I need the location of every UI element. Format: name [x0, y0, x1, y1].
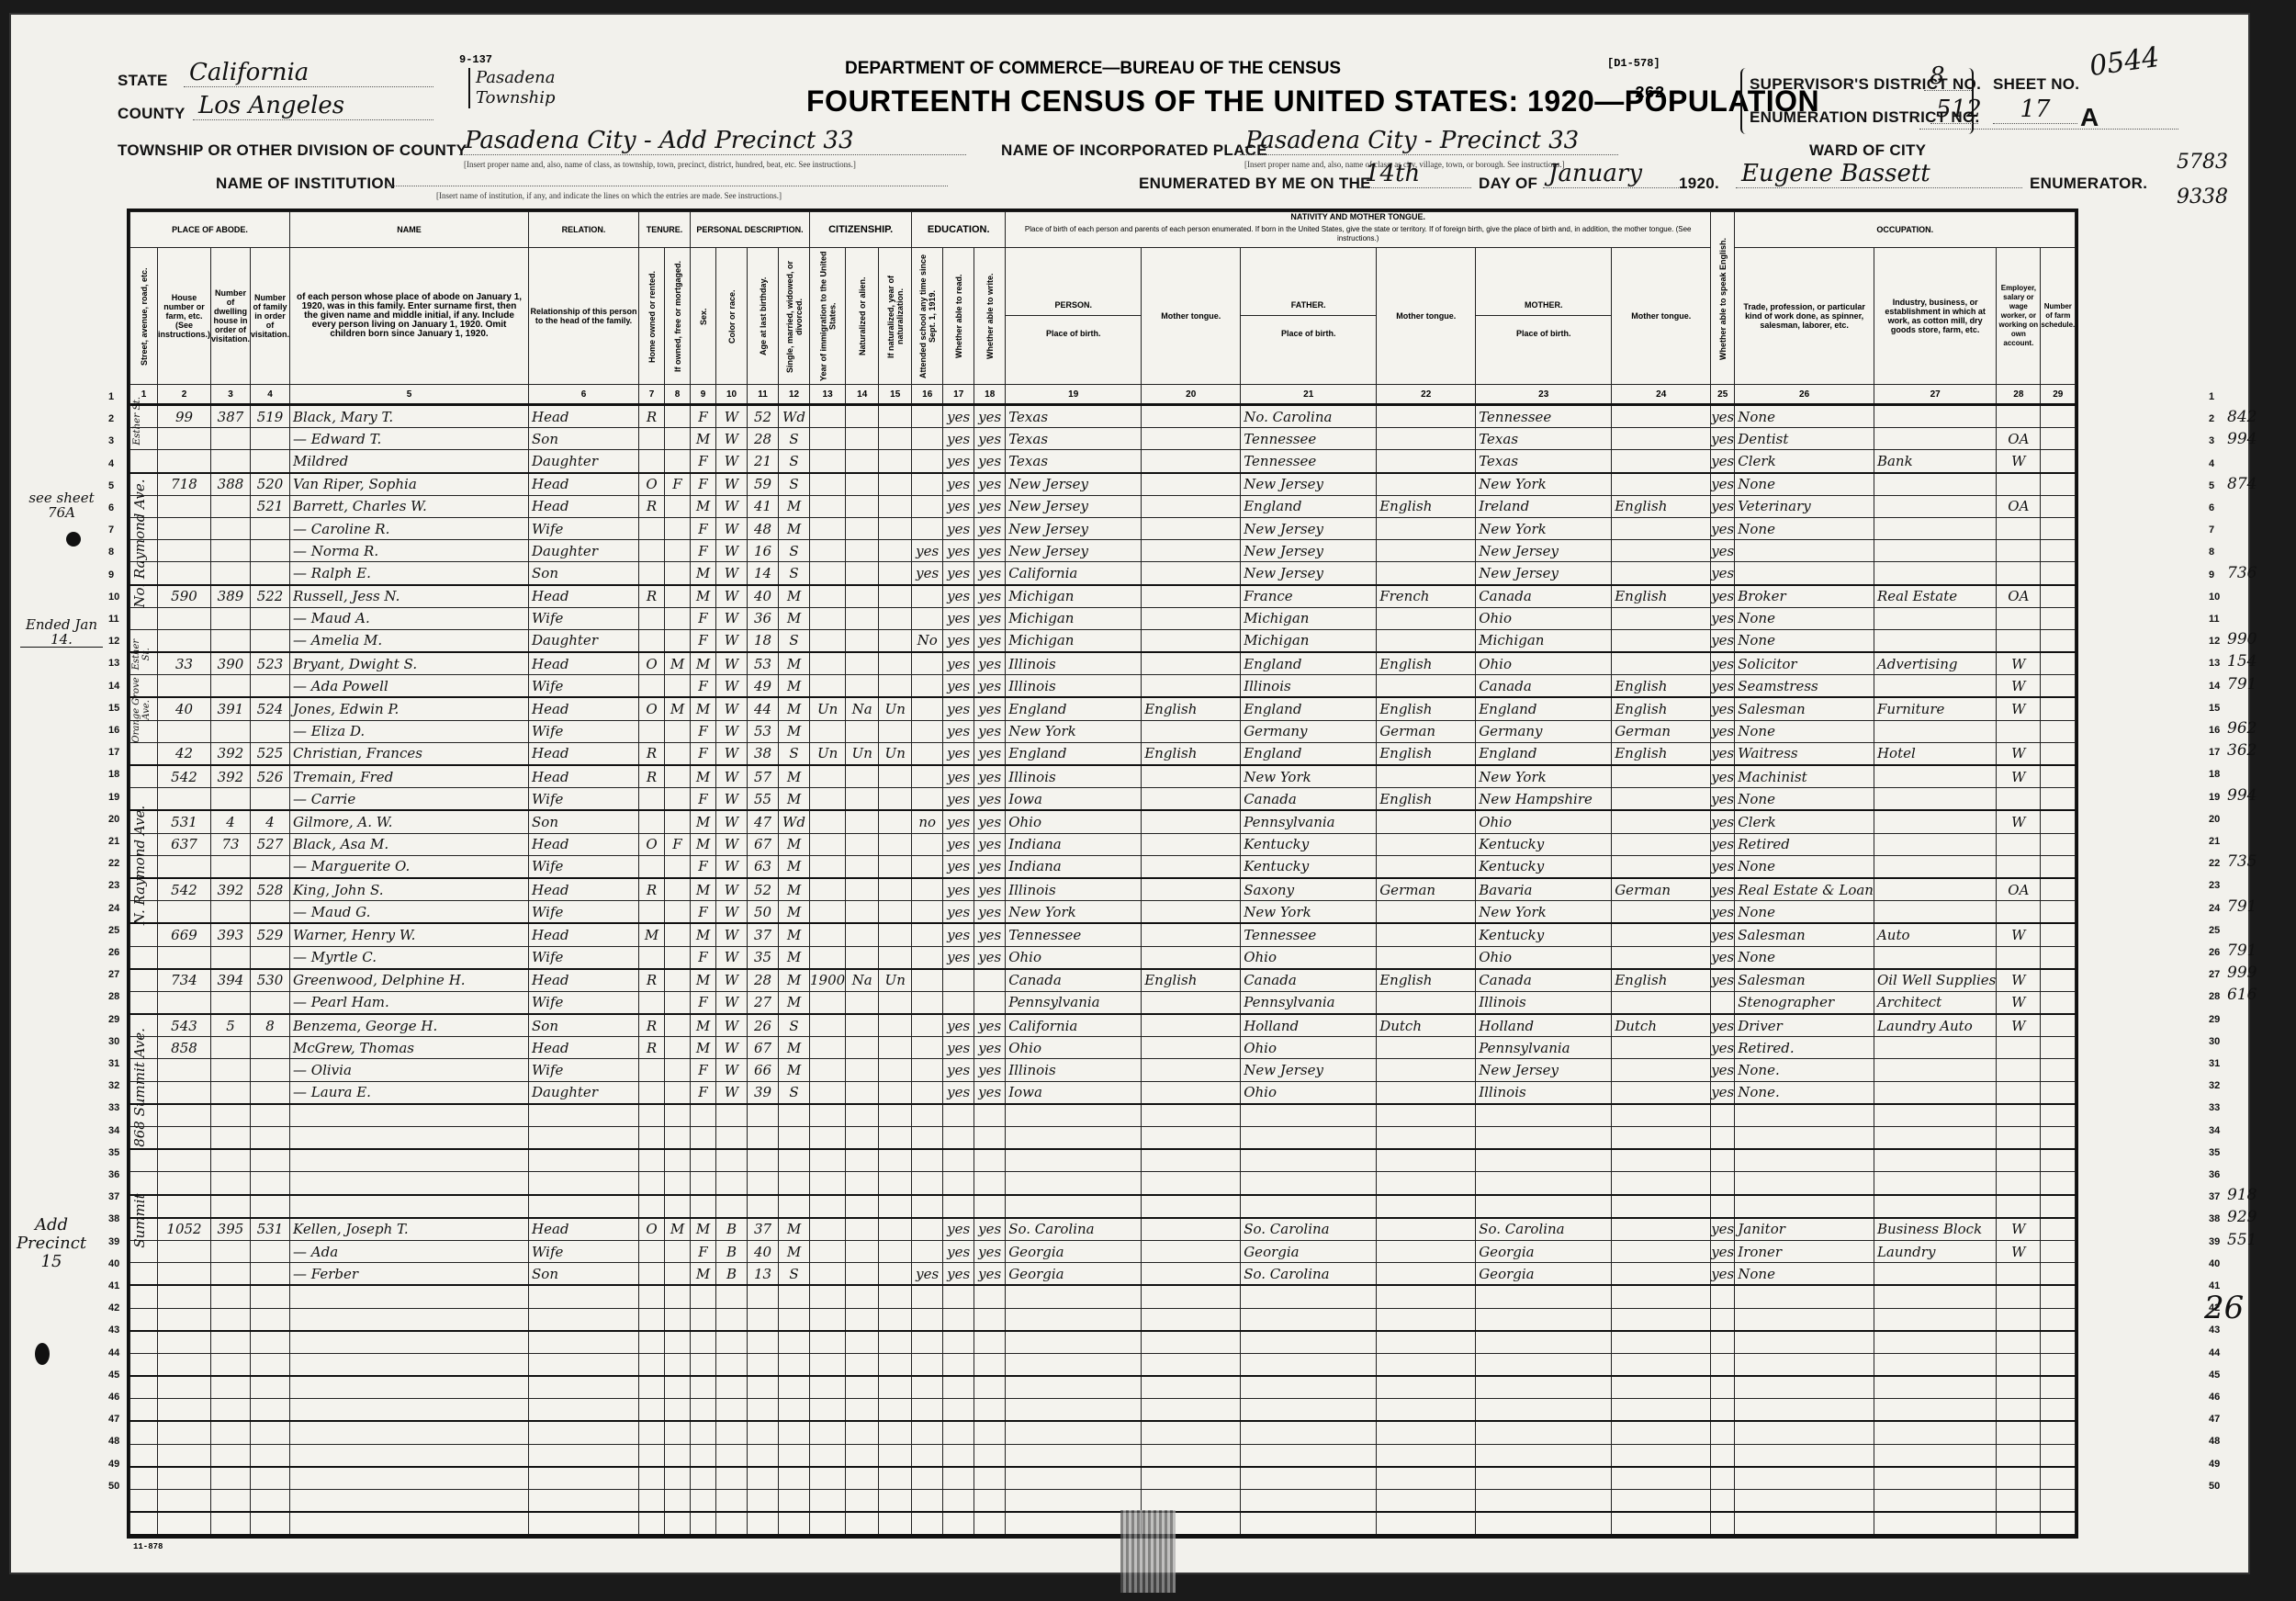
cell-school: yes [912, 540, 943, 562]
cell-imm [810, 405, 846, 428]
cell-tongue [1142, 946, 1241, 969]
cell-house [158, 1467, 211, 1490]
cell-industry [1874, 1081, 1996, 1104]
cell-employer [1997, 1467, 2041, 1490]
cell-name [290, 1331, 529, 1354]
cell-f-tongue [1377, 1195, 1476, 1218]
cell-tongue [1142, 1467, 1241, 1490]
cell-trade: None [1735, 855, 1874, 878]
cell-farm [2041, 1399, 2076, 1422]
cell-house [158, 1240, 211, 1262]
margin-number: 791 [2227, 941, 2257, 960]
cell-house [158, 855, 211, 878]
cell-read [943, 1104, 974, 1127]
cell-natyr [879, 1104, 912, 1127]
cell-m-tongue [1612, 946, 1711, 969]
cell-farm [2041, 1490, 2076, 1513]
census-row: — Eliza D.WifeFW53MyesyesNew YorkGermany… [130, 720, 2076, 742]
cell-trade: None. [1735, 1059, 1874, 1081]
line-number: 26 [108, 947, 119, 958]
cell-employer [1997, 1421, 2041, 1444]
cell-owned: O [639, 473, 665, 496]
cell-sex: F [691, 405, 716, 428]
cell-school [912, 1172, 943, 1195]
cell-m-tongue: German [1612, 878, 1711, 901]
col-4-header: Number of family in order of visitation. [251, 248, 290, 385]
cell-sex: M [691, 428, 716, 450]
cell-birth [1006, 1127, 1142, 1150]
cell-owned [639, 1467, 665, 1490]
cell-write: yes [974, 1037, 1006, 1059]
cell-school [912, 473, 943, 496]
cell-relation [529, 1467, 639, 1490]
cell-sex: F [691, 788, 716, 811]
col-22-header: Mother tongue. [1377, 248, 1476, 385]
line-number: 35 [2209, 1147, 2220, 1158]
cell-race: W [716, 652, 748, 675]
census-row: — FerberSonMB13SyesyesyesGeorgiaSo. Caro… [130, 1263, 2076, 1286]
census-row: — Amelia M.DaughterFW18SNoyesyesMichigan… [130, 629, 2076, 652]
cell-m-birth: Canada [1476, 675, 1612, 698]
cell-write: yes [974, 1218, 1006, 1241]
cell-f-birth [1241, 1376, 1377, 1399]
cell-tongue [1142, 473, 1241, 496]
cell-nat [846, 428, 879, 450]
cell-industry: Advertising [1874, 652, 1996, 675]
cell-race: W [716, 675, 748, 698]
cell-f-birth: No. Carolina [1241, 405, 1377, 428]
column-number: 4 [251, 385, 290, 405]
cell-f-birth [1241, 1421, 1377, 1444]
cell-dwelling: 390 [211, 652, 251, 675]
cell-race: W [716, 428, 748, 450]
cell-m-birth: Ireland [1476, 495, 1612, 517]
cell-dwelling [211, 1331, 251, 1354]
cell-age: 37 [748, 923, 779, 946]
cell-natyr [879, 1308, 912, 1331]
cell-f-birth [1241, 1444, 1377, 1467]
cell-english: yes [1711, 720, 1735, 742]
cell-f-tongue: English [1377, 969, 1476, 992]
cell-family [251, 629, 290, 652]
cell-employer [1997, 607, 2041, 629]
cell-school [912, 1240, 943, 1262]
cell-f-tongue [1377, 1127, 1476, 1150]
cell-write [974, 1399, 1006, 1422]
cell-write: yes [974, 652, 1006, 675]
census-row: 40391524Jones, Edwin P.HeadOMMW44MUnNaUn… [130, 697, 2076, 720]
cell-read: yes [943, 788, 974, 811]
cell-birth [1006, 1444, 1142, 1467]
cell-family [251, 1331, 290, 1354]
cell-f-birth: Tennessee [1241, 428, 1377, 450]
cell-farm [2041, 540, 2076, 562]
cell-m-birth: New Hampshire [1476, 788, 1612, 811]
cell-write: yes [974, 1240, 1006, 1262]
cell-race: W [716, 788, 748, 811]
cell-industry [1874, 473, 1996, 496]
cell-m-birth [1476, 1467, 1612, 1490]
cell-mortgage [665, 742, 691, 765]
cell-race: W [716, 855, 748, 878]
cell-imm [810, 810, 846, 833]
cell-tongue [1142, 1285, 1241, 1308]
cell-f-birth [1241, 1353, 1377, 1376]
cell-dwelling: 389 [211, 585, 251, 608]
cell-dwelling [211, 901, 251, 924]
census-row: — Maud G.WifeFW50MyesyesNew YorkNew York… [130, 901, 2076, 924]
cell-mortgage [665, 1421, 691, 1444]
cell-farm [2041, 833, 2076, 855]
cell-industry [1874, 1308, 1996, 1331]
cell-read [943, 969, 974, 992]
cell-trade: None [1735, 405, 1874, 428]
cell-sex: M [691, 562, 716, 585]
cell-trade: None [1735, 1263, 1874, 1286]
cell-m-tongue [1612, 901, 1711, 924]
cell-employer [1997, 517, 2041, 539]
cell-marital [779, 1285, 810, 1308]
cell-read [943, 1285, 974, 1308]
cell-natyr [879, 1467, 912, 1490]
cell-sex: F [691, 517, 716, 539]
line-number: 7 [108, 524, 114, 536]
cell-dwelling [211, 855, 251, 878]
cell-marital: M [779, 878, 810, 901]
cell-marital [779, 1444, 810, 1467]
cell-birth: Iowa [1006, 1081, 1142, 1104]
cell-employer: W [1997, 1014, 2041, 1037]
col-2-header: House number or farm, etc. (See instruct… [158, 248, 211, 385]
cell-birth: Illinois [1006, 765, 1142, 788]
cell-mortgage: M [665, 697, 691, 720]
cell-mortgage [665, 1127, 691, 1150]
cell-school [912, 855, 943, 878]
cell-trade [1735, 1127, 1874, 1150]
line-number: 17 [2209, 747, 2220, 758]
line-number: 42 [108, 1302, 119, 1313]
col-29-header: Number of farm schedule. [2041, 248, 2076, 385]
col-6-header: Relationship of this person to the head … [529, 248, 639, 385]
cell-read: yes [943, 1218, 974, 1241]
cell-f-birth [1241, 1490, 1377, 1513]
cell-read [943, 991, 974, 1014]
cell-f-tongue [1377, 1467, 1476, 1490]
cell-age: 53 [748, 720, 779, 742]
cell-house [158, 1353, 211, 1376]
cell-imm [810, 1195, 846, 1218]
cell-farm [2041, 1172, 2076, 1195]
cell-imm [810, 765, 846, 788]
cell-m-birth: Ohio [1476, 607, 1612, 629]
line-number: 29 [108, 1014, 119, 1025]
cell-m-birth: Kentucky [1476, 833, 1612, 855]
col-25-header: Whether able to speak English. [1711, 212, 1735, 385]
cell-tongue [1142, 540, 1241, 562]
cell-m-tongue [1612, 855, 1711, 878]
cell-birth [1006, 1104, 1142, 1127]
cell-mortgage [665, 901, 691, 924]
cell-farm [2041, 1127, 2076, 1150]
cell-school [912, 495, 943, 517]
cell-industry [1874, 946, 1996, 969]
cell-m-tongue: English [1612, 585, 1711, 608]
cell-marital: M [779, 991, 810, 1014]
cell-employer: W [1997, 1218, 2041, 1241]
street-name: Summit [131, 1188, 155, 1255]
cell-age: 67 [748, 1037, 779, 1059]
cell-f-birth: Ohio [1241, 1081, 1377, 1104]
cell-natyr [879, 562, 912, 585]
cell-race [716, 1149, 748, 1172]
census-title: FOURTEENTH CENSUS OF THE UNITED STATES: … [806, 85, 1819, 118]
cell-marital: M [779, 697, 810, 720]
street-name: 868 Summit Ave. [131, 987, 155, 1188]
cell-birth: Texas [1006, 428, 1142, 450]
cell-write: yes [974, 495, 1006, 517]
line-number: 46 [2209, 1392, 2220, 1403]
cell-name: Black, Mary T. [290, 405, 529, 428]
cell-school [912, 720, 943, 742]
cell-m-tongue [1612, 1218, 1711, 1241]
cell-relation: Head [529, 585, 639, 608]
cell-m-tongue [1612, 810, 1711, 833]
cell-m-tongue [1612, 1149, 1711, 1172]
cell-relation: Daughter [529, 1081, 639, 1104]
cell-name: Russell, Jess N. [290, 585, 529, 608]
cell-house [158, 675, 211, 698]
cell-school [912, 1421, 943, 1444]
cell-dwelling: 4 [211, 810, 251, 833]
cell-sex: F [691, 540, 716, 562]
cell-employer: W [1997, 652, 2041, 675]
cell-trade: None [1735, 788, 1874, 811]
column-number: 26 [1735, 385, 1874, 405]
cell-f-birth: New York [1241, 901, 1377, 924]
cell-house [158, 562, 211, 585]
cell-read: yes [943, 742, 974, 765]
cell-industry [1874, 1285, 1996, 1308]
cell-write: yes [974, 1263, 1006, 1286]
cell-house: 718 [158, 473, 211, 496]
line-number: 24 [2209, 903, 2220, 914]
cell-industry [1874, 720, 1996, 742]
cell-sex: F [691, 675, 716, 698]
cell-mortgage [665, 1104, 691, 1127]
cell-m-tongue [1612, 405, 1711, 428]
cell-m-birth: Canada [1476, 969, 1612, 992]
cell-mortgage [665, 1014, 691, 1037]
cell-marital: M [779, 517, 810, 539]
cell-family [251, 1059, 290, 1081]
cell-farm [2041, 810, 2076, 833]
group-nativity: NATIVITY AND MOTHER TONGUE. Place of bir… [1006, 212, 1711, 248]
line-number: 20 [108, 814, 119, 825]
cell-write: yes [974, 720, 1006, 742]
cell-tongue [1142, 1308, 1241, 1331]
cell-natyr [879, 1195, 912, 1218]
cell-race: B [716, 1240, 748, 1262]
census-row [130, 1376, 2076, 1399]
cell-english: yes [1711, 450, 1735, 473]
cell-employer [1997, 1285, 2041, 1308]
cell-relation [529, 1444, 639, 1467]
col-11-header: Age at last birthday. [748, 248, 779, 385]
street-name: Esther St. [131, 388, 155, 455]
cell-english [1711, 1331, 1735, 1354]
line-number: 23 [2209, 880, 2220, 891]
cell-english [1711, 1353, 1735, 1376]
cell-imm [810, 607, 846, 629]
cell-english: yes [1711, 969, 1735, 992]
column-number: 9 [691, 385, 716, 405]
cell-birth: Indiana [1006, 833, 1142, 855]
line-number: 18 [108, 769, 119, 780]
cell-dwelling [211, 675, 251, 698]
cell-tongue [1142, 1421, 1241, 1444]
cell-nat [846, 450, 879, 473]
census-row [130, 1149, 2076, 1172]
cell-farm [2041, 991, 2076, 1014]
cell-m-tongue [1612, 473, 1711, 496]
cell-birth [1006, 1421, 1142, 1444]
cell-relation: Wife [529, 946, 639, 969]
cell-sex: M [691, 923, 716, 946]
cell-dwelling: 393 [211, 923, 251, 946]
cell-trade [1735, 1490, 1874, 1513]
cell-natyr [879, 1263, 912, 1286]
cell-f-tongue [1377, 1490, 1476, 1513]
cell-industry [1874, 788, 1996, 811]
line-number: 40 [2209, 1258, 2220, 1269]
cell-race: W [716, 697, 748, 720]
cell-age [748, 1172, 779, 1195]
cell-write [974, 1195, 1006, 1218]
cell-industry [1874, 1037, 1996, 1059]
cell-english: yes [1711, 697, 1735, 720]
cell-m-tongue [1612, 765, 1711, 788]
column-number: 7 [639, 385, 665, 405]
cell-f-birth: Kentucky [1241, 833, 1377, 855]
cell-tongue [1142, 878, 1241, 901]
column-number: 6 [529, 385, 639, 405]
line-number: 27 [108, 969, 119, 980]
cell-english: yes [1711, 473, 1735, 496]
cell-natyr [879, 901, 912, 924]
col-19-label: Place of birth. [1006, 316, 1141, 338]
line-number: 34 [108, 1125, 119, 1136]
cell-f-tongue [1377, 1331, 1476, 1354]
cell-industry: Bank [1874, 450, 1996, 473]
cell-marital: M [779, 495, 810, 517]
cell-f-birth: Ohio [1241, 946, 1377, 969]
cell-industry [1874, 1104, 1996, 1127]
cell-marital [779, 1376, 810, 1399]
margin-number: 994 [2227, 786, 2257, 805]
cell-employer: W [1997, 810, 2041, 833]
cell-school [912, 1444, 943, 1467]
cell-natyr [879, 450, 912, 473]
cell-relation: Wife [529, 675, 639, 698]
cell-industry: Real Estate [1874, 585, 1996, 608]
cell-employer: W [1997, 765, 2041, 788]
cell-sex [691, 1512, 716, 1535]
cell-marital: M [779, 1240, 810, 1262]
line-number: 39 [108, 1236, 119, 1247]
line-number: 29 [2209, 1014, 2220, 1025]
cell-birth: So. Carolina [1006, 1218, 1142, 1241]
margin-number: 962 [2227, 719, 2257, 738]
cell-imm [810, 540, 846, 562]
cell-tongue [1142, 1037, 1241, 1059]
cell-f-birth [1241, 1172, 1377, 1195]
cell-relation: Head [529, 473, 639, 496]
line-number: 4 [108, 458, 114, 469]
cell-industry [1874, 1421, 1996, 1444]
cell-write: yes [974, 742, 1006, 765]
cell-farm [2041, 428, 2076, 450]
cell-house [158, 540, 211, 562]
cell-trade: Retired. [1735, 1037, 1874, 1059]
cell-m-tongue [1612, 517, 1711, 539]
col-19-header: PERSON.Place of birth. [1006, 248, 1142, 385]
cell-farm [2041, 1353, 2076, 1376]
cell-tongue [1142, 855, 1241, 878]
line-number: 14 [108, 681, 119, 692]
cell-farm [2041, 1308, 2076, 1331]
cell-age: 49 [748, 675, 779, 698]
census-row: 63773527Black, Asa M.HeadOFMW67MyesyesIn… [130, 833, 2076, 855]
cell-name: — Olivia [290, 1059, 529, 1081]
cell-sex: F [691, 1240, 716, 1262]
cell-birth: California [1006, 1014, 1142, 1037]
census-row: 669393529Warner, Henry W.HeadMMW37Myesye… [130, 923, 2076, 946]
cell-owned: R [639, 405, 665, 428]
cell-f-birth: Pennsylvania [1241, 810, 1377, 833]
cell-m-birth [1476, 1512, 1612, 1535]
line-number: 13 [2209, 658, 2220, 669]
cell-school [912, 1285, 943, 1308]
cell-sex: M [691, 697, 716, 720]
group-place-of-abode: PLACE OF ABODE. [130, 212, 290, 248]
cell-marital: Wd [779, 405, 810, 428]
cell-english: yes [1711, 562, 1735, 585]
cell-employer [1997, 1331, 2041, 1354]
cell-farm [2041, 697, 2076, 720]
cell-farm [2041, 1195, 2076, 1218]
cell-f-birth: New Jersey [1241, 540, 1377, 562]
cell-school [912, 428, 943, 450]
cell-m-birth [1476, 1308, 1612, 1331]
cell-relation [529, 1285, 639, 1308]
cell-tongue [1142, 1490, 1241, 1513]
cell-family [251, 1127, 290, 1150]
census-row [130, 1444, 2076, 1467]
cell-natyr [879, 1059, 912, 1081]
cell-imm [810, 1421, 846, 1444]
group-name: NAME [290, 212, 529, 248]
cell-f-tongue [1377, 1353, 1476, 1376]
cell-trade: Driver [1735, 1014, 1874, 1037]
cell-f-tongue: English [1377, 742, 1476, 765]
cell-m-birth: Illinois [1476, 1081, 1612, 1104]
line-number: 26 [2209, 947, 2220, 958]
cell-f-tongue [1377, 629, 1476, 652]
cell-family [251, 1263, 290, 1286]
cell-imm [810, 1081, 846, 1104]
cell-imm [810, 878, 846, 901]
cell-dwelling [211, 1512, 251, 1535]
